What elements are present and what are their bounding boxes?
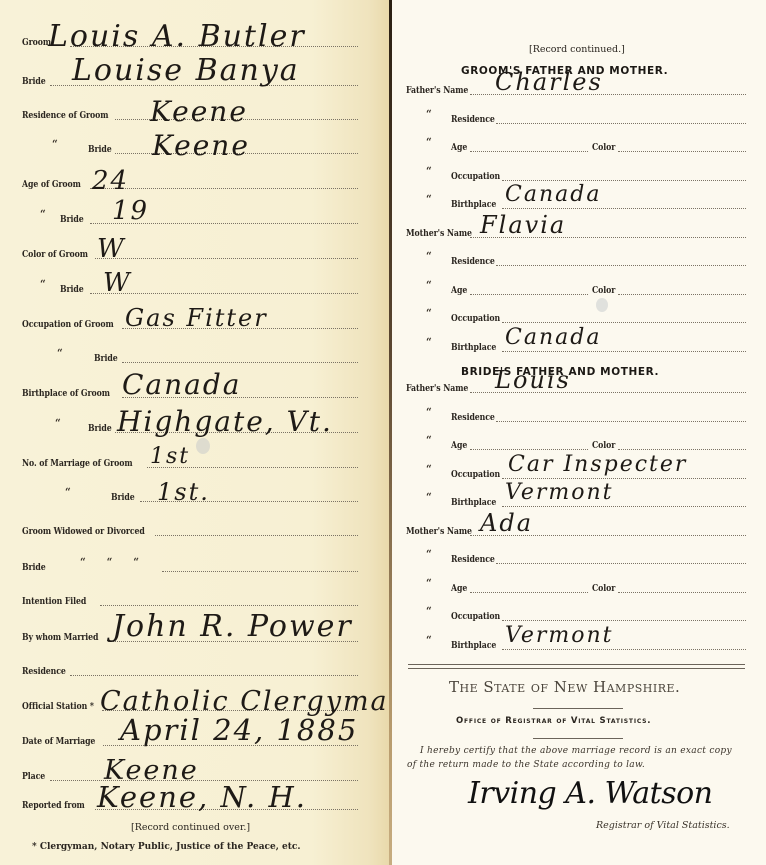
field-line [502, 649, 746, 650]
bride-parents-mother-name[interactable]: Ada [480, 511, 533, 535]
field-label-occupation-groom: Occupation of Groom [22, 319, 114, 330]
groom-parents-mother-residence-label: Residence [451, 256, 495, 267]
field-value-marriage-no-bride[interactable]: 1st. [157, 480, 210, 504]
field-line [470, 294, 588, 295]
field-label-groom: Groom [22, 37, 51, 48]
field-value-occupation-groom[interactable]: Gas Fitter [125, 306, 268, 330]
field-line [496, 421, 746, 422]
field-line [162, 571, 358, 572]
field-line [618, 151, 746, 152]
groom-parents-mother-birthplace[interactable]: Canada [505, 327, 601, 349]
groom-parents-father-occupation-label: Occupation [451, 171, 500, 182]
field-label-place: Place [22, 771, 45, 782]
ditto-mark: “ [55, 418, 61, 429]
field-label-residence: Residence [22, 666, 66, 677]
field-line [122, 362, 358, 363]
ditto-mark: “ [426, 194, 432, 205]
ditto-mark: “ [426, 549, 432, 560]
groom-parents-father-age-label: Age [451, 142, 467, 153]
ditto-mark: “ [426, 435, 432, 446]
field-label-groom-widowed: Groom Widowed or Divorced [22, 526, 145, 537]
field-value-color-groom[interactable]: W [97, 236, 126, 262]
field-value-official-station[interactable]: Catholic Clergyman [100, 688, 408, 715]
groom-parents-father-color-label: Color [592, 142, 615, 153]
ditto-mark: “ [426, 137, 432, 148]
paper-stain [596, 298, 608, 312]
field-label-by-whom: By whom Married [22, 632, 98, 643]
field-line [95, 258, 358, 259]
bride-parents-father-label: Father's Name [406, 383, 468, 394]
registrar-signature: Irving A. Watson [468, 776, 712, 811]
field-line [90, 188, 358, 189]
field-label-age-groom: Age of Groom [22, 179, 81, 190]
bride-parents-father-name[interactable]: Louis [495, 368, 571, 392]
field-label-bride: Bride [22, 76, 46, 87]
ditto-mark: “ [52, 139, 58, 150]
record-continued-note: [Record continued over.] [131, 822, 250, 833]
field-line [502, 208, 746, 209]
field-value-residence-bride[interactable]: Keene [152, 132, 250, 160]
right-page: [Record continued.]GROOM'S FATHER AND MO… [392, 0, 766, 865]
groom-parents-mother-age-label: Age [451, 285, 467, 296]
section-divider [408, 664, 745, 669]
field-line [496, 563, 746, 564]
field-label-color-bride: Bride [60, 284, 84, 295]
bride-parents-father-residence-label: Residence [451, 412, 495, 423]
field-label-marriage-no-groom: No. of Marriage of Groom [22, 458, 133, 469]
record-continued-header: [Record continued.] [529, 44, 625, 55]
groom-parents-father-birthplace[interactable]: Canada [505, 184, 601, 206]
field-line [100, 605, 358, 606]
field-line [496, 123, 746, 124]
field-label-color-groom: Color of Groom [22, 249, 88, 260]
bride-parents-father-birthplace-label: Birthplace [451, 497, 496, 508]
field-value-birthplace-bride[interactable]: Highgate, Vt. [117, 408, 333, 436]
field-line [496, 265, 746, 266]
bride-parents-mother-birthplace[interactable]: Vermont [505, 625, 614, 647]
field-value-bride[interactable]: Louise Banya [72, 56, 300, 86]
bride-parents-mother-birthplace-label: Birthplace [451, 640, 496, 651]
footnote: * Clergyman, Notary Public, Justice of t… [32, 842, 301, 852]
bride-parents-mother-occupation-label: Occupation [451, 611, 500, 622]
ditto-mark: “ [426, 166, 432, 177]
bride-parents-mother-label: Mother's Name [406, 526, 472, 537]
field-label-official-station: Official Station * [22, 701, 94, 712]
ditto-mark: “ [40, 209, 46, 220]
field-line [70, 675, 358, 676]
groom-parents-father-birthplace-label: Birthplace [451, 199, 496, 210]
field-value-date-of-marriage[interactable]: April 24, 1885 [120, 716, 358, 745]
field-value-age-bride[interactable]: 19 [112, 198, 149, 224]
groom-parents-father-name[interactable]: Charles [495, 70, 603, 94]
field-label-birthplace-groom: Birthplace of Groom [22, 388, 110, 399]
field-line [502, 478, 746, 479]
ditto-mark: “ [426, 492, 432, 503]
field-value-by-whom[interactable]: John R. Power [112, 612, 353, 642]
ditto-mark: “ [426, 606, 432, 617]
field-line [502, 351, 746, 352]
bride-parents-mother-age-label: Age [451, 583, 467, 594]
field-label-birthplace-bride: Bride [88, 423, 112, 434]
field-label-reported-from: Reported from [22, 800, 85, 811]
ditto-mark: “ [65, 487, 71, 498]
field-line [618, 294, 746, 295]
left-page: GroomLouis A. ButlerBrideLouise BanyaRes… [0, 0, 389, 865]
field-label-occupation-bride: Bride [94, 353, 118, 364]
field-line [502, 506, 746, 507]
ditto-mark: “ [426, 308, 432, 319]
groom-parents-father-residence-label: Residence [451, 114, 495, 125]
field-label-intention-filed: Intention Filed [22, 596, 86, 607]
groom-parents-mother-label: Mother's Name [406, 228, 472, 239]
certify-line-2: of the return made to the State accordin… [407, 760, 645, 770]
groom-parents-mother-name[interactable]: Flavia [480, 213, 566, 237]
field-value-marriage-no-groom[interactable]: 1st [150, 446, 190, 468]
field-value-color-bride[interactable]: W [103, 270, 132, 296]
ditto-mark: “ [426, 578, 432, 589]
field-line [155, 535, 358, 536]
certify-line-1: I hereby certify that the above marriage… [420, 746, 732, 756]
bride-parents-father-color-label: Color [592, 440, 615, 451]
field-value-reported-from[interactable]: Keene, N. H. [97, 783, 307, 812]
field-label-date-of-marriage: Date of Marriage [22, 736, 95, 747]
state-title: The State of New Hampshire. [449, 678, 680, 696]
field-label-bride-widowed: Bride [22, 562, 46, 573]
bride-parents-father-occupation[interactable]: Car Inspecter [508, 454, 687, 476]
field-line [470, 151, 588, 152]
bride-parents-mother-residence-label: Residence [451, 554, 495, 565]
field-value-residence-groom[interactable]: Keene [150, 98, 248, 126]
ditto-marks: “ “ “ [80, 557, 139, 568]
field-line [618, 449, 746, 450]
field-line [502, 180, 746, 181]
groom-parents-mother-occupation-label: Occupation [451, 313, 500, 324]
field-label-residence-groom: Residence of Groom [22, 110, 108, 121]
field-line [618, 592, 746, 593]
short-divider [533, 738, 623, 739]
ditto-mark: “ [426, 251, 432, 262]
field-line [502, 322, 746, 323]
field-value-age-groom[interactable]: 24 [92, 168, 129, 194]
ditto-mark: “ [426, 635, 432, 646]
field-label-marriage-no-bride: Bride [111, 492, 135, 503]
bride-parents-father-occupation-label: Occupation [451, 469, 500, 480]
office-title: Office of Registrar of Vital Statistics. [456, 716, 651, 726]
ditto-mark: “ [426, 280, 432, 291]
field-line [502, 620, 746, 621]
field-label-residence-bride: Bride [88, 144, 112, 155]
bride-parents-mother-color-label: Color [592, 583, 615, 594]
ditto-mark: “ [426, 109, 432, 120]
bride-parents-father-age-label: Age [451, 440, 467, 451]
ditto-mark: “ [426, 407, 432, 418]
ditto-mark: “ [426, 337, 432, 348]
field-value-groom[interactable]: Louis A. Butler [48, 22, 306, 52]
ditto-mark: “ [57, 348, 63, 359]
groom-parents-mother-birthplace-label: Birthplace [451, 342, 496, 353]
field-line [470, 592, 588, 593]
field-label-age-bride: Bride [60, 214, 84, 225]
bride-parents-father-birthplace[interactable]: Vermont [505, 482, 614, 504]
field-line [470, 449, 588, 450]
groom-parents-father-label: Father's Name [406, 85, 468, 96]
groom-parents-mother-color-label: Color [592, 285, 615, 296]
ditto-mark: “ [40, 279, 46, 290]
registrar-title: Registrar of Vital Statistics. [596, 820, 730, 831]
ditto-mark: “ [426, 464, 432, 475]
field-value-birthplace-groom[interactable]: Canada [122, 371, 241, 399]
paper-stain [196, 438, 210, 454]
short-divider [533, 708, 623, 709]
